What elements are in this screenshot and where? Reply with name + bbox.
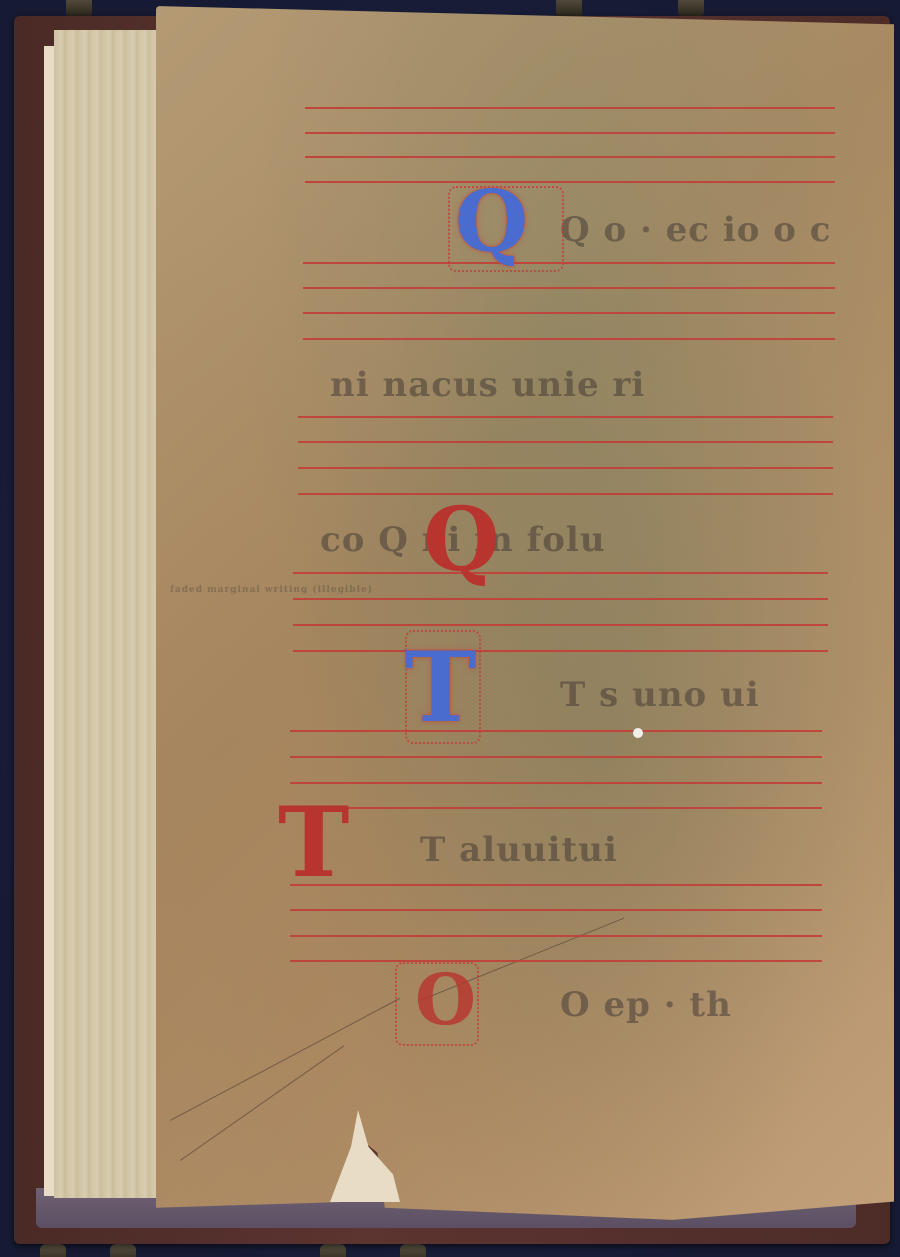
text-line: Q o · ec io o c <box>560 210 831 250</box>
staff-line <box>305 107 835 109</box>
text-line: T s uno ui <box>560 675 760 715</box>
staff-line <box>293 650 828 652</box>
binding-peg <box>320 1244 346 1257</box>
pastedown <box>44 46 54 1196</box>
text-line: O ep · th <box>560 985 732 1025</box>
binding-peg <box>556 0 582 16</box>
staff-line <box>305 132 835 134</box>
staff-line <box>303 338 835 340</box>
staff-line <box>290 756 822 758</box>
margin-note: faded marginal writing (illegible) <box>170 585 373 595</box>
binding-peg <box>110 1244 136 1257</box>
staff-line <box>290 960 822 962</box>
staff-line <box>303 287 835 289</box>
staff-line <box>298 467 833 469</box>
staff-line <box>290 884 822 886</box>
staff-line <box>303 262 835 264</box>
binding-peg <box>66 0 92 16</box>
staff-line <box>293 598 828 600</box>
staff-line <box>290 730 822 732</box>
initial-o-filigree: O <box>415 965 476 1035</box>
initial-q-blue: Q <box>455 180 528 264</box>
staff-line <box>290 807 822 809</box>
staff-line <box>298 493 833 495</box>
initial-t-blue: T <box>405 640 476 736</box>
page-stack <box>54 30 166 1198</box>
text-line: T aluuitui <box>420 830 618 870</box>
staff-line <box>293 624 828 626</box>
staff-line <box>293 572 828 574</box>
staff-line <box>305 156 835 158</box>
staff-line <box>298 416 833 418</box>
binding-peg <box>40 1244 66 1257</box>
staff-line <box>305 181 835 183</box>
staff-line <box>298 441 833 443</box>
paint-loss-spot <box>633 728 643 738</box>
initial-t-red: T <box>278 795 349 891</box>
staff-line <box>290 909 822 911</box>
staff-line <box>303 312 835 314</box>
binding-peg <box>678 0 704 16</box>
staff-line <box>290 782 822 784</box>
staff-line <box>290 935 822 937</box>
binding-peg <box>400 1244 426 1257</box>
initial-q-red: Q <box>423 495 500 583</box>
text-line: ni nacus unie ri <box>330 365 645 405</box>
